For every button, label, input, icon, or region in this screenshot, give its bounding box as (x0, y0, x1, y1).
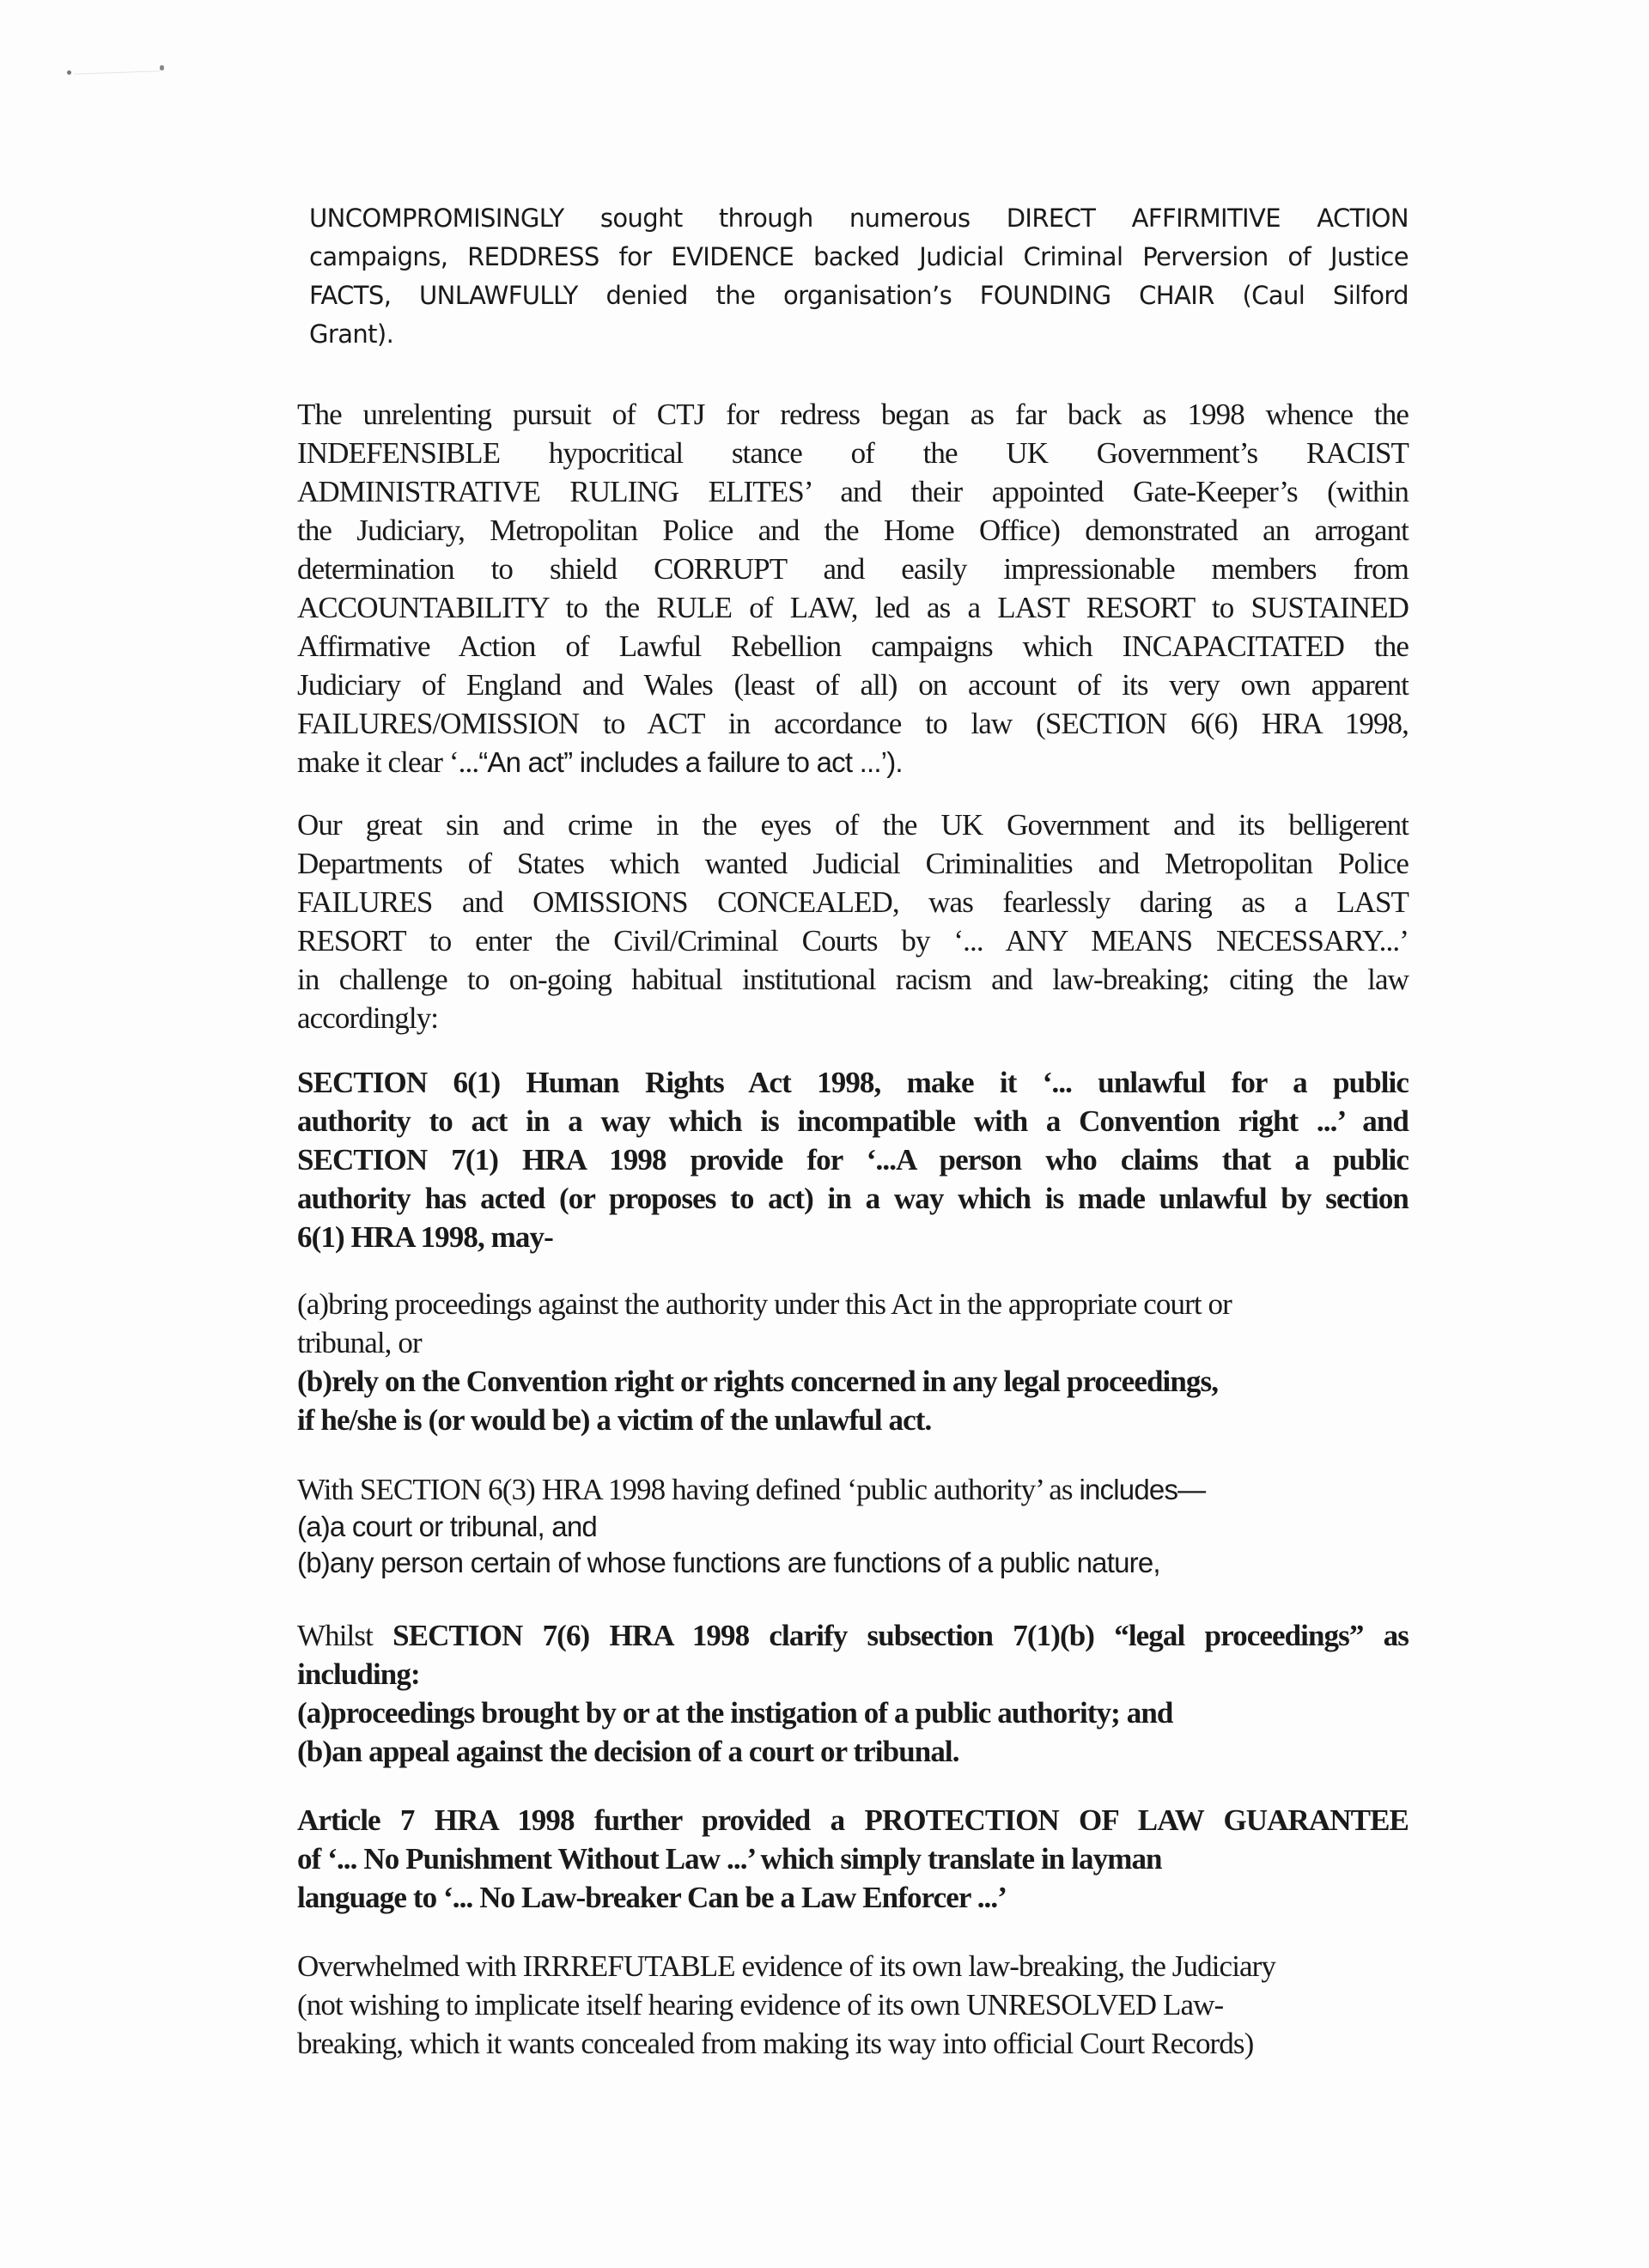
text-line: FACTS, UNLAWFULLY denied the organisatio… (309, 277, 1409, 315)
text-line: (a)bring proceedings against the authori… (297, 1285, 1388, 1323)
text-line: (a)a court or tribunal, and (297, 1509, 1409, 1545)
text-line: (not wishing to implicate itself hearing… (297, 1985, 1409, 2024)
text-line: in challenge to on-going habitual instit… (297, 960, 1409, 999)
text-line: Grant). (309, 315, 1409, 354)
paragraph-section-6-1: SECTION 6(1) Human Rights Act 1998, make… (297, 1063, 1409, 1256)
paragraph-overwhelmed: Overwhelmed with IRRREFUTABLE evidence o… (297, 1947, 1409, 2063)
text-line: (b)an appeal against the decision of a c… (297, 1732, 1409, 1771)
text-line: With SECTION 6(3) HRA 1998 having define… (297, 1470, 1409, 1509)
text-line: ADMINISTRATIVE RULING ELITES’ and their … (297, 472, 1409, 511)
text-line: 6(1) HRA 1998, may- (297, 1218, 1409, 1256)
text-line: Affirmative Action of Lawful Rebellion c… (297, 627, 1409, 666)
text-line: campaigns, REDDRESS for EVIDENCE backed … (309, 238, 1409, 277)
paragraph-sin: Our great sin and crime in the eyes of t… (297, 806, 1409, 1037)
text-fragment: includes— (1079, 1474, 1205, 1505)
text-fragment: SECTION 7(6) HRA 1998 clarify subsection… (392, 1619, 1409, 1652)
text-line: INDEFENSIBLE hypocritical stance of the … (297, 434, 1409, 472)
text-line: (b)rely on the Convention right or right… (297, 1362, 1388, 1401)
paragraph-article-7: Article 7 HRA 1998 further provided a PR… (297, 1801, 1409, 1917)
text-line: Judiciary of England and Wales (least of… (297, 666, 1409, 704)
text-line: Departments of States which wanted Judic… (297, 844, 1409, 883)
text-line: The unrelenting pursuit of CTJ for redre… (297, 395, 1409, 434)
text-line: (a)proceedings brought by or at the inst… (297, 1693, 1409, 1732)
scan-mark-icon (65, 65, 168, 77)
text-line: including: (297, 1655, 1409, 1693)
text-line: ACCOUNTABILITY to the RULE of LAW, led a… (297, 588, 1409, 627)
text-line: breaking, which it wants concealed from … (297, 2024, 1409, 2063)
quote-fragment: “An act” includes a failure to act ...’)… (478, 746, 903, 778)
text-line: Article 7 HRA 1998 further provided a PR… (297, 1801, 1409, 1839)
text-line: FAILURES and OMISSIONS CONCEALED, was fe… (297, 883, 1409, 921)
text-line: UNCOMPROMISINGLY sought through numerous… (309, 199, 1409, 238)
paragraph-section-6-3: With SECTION 6(3) HRA 1998 having define… (297, 1470, 1409, 1581)
text-line: make it clear ‘...“An act” includes a fa… (297, 743, 1409, 781)
paragraph-intro: UNCOMPROMISINGLY sought through numerous… (309, 199, 1409, 354)
text-line: Our great sin and crime in the eyes of t… (297, 806, 1409, 844)
text-line: if he/she is (or would be) a victim of t… (297, 1401, 1388, 1439)
text-line: Overwhelmed with IRRREFUTABLE evidence o… (297, 1947, 1409, 1985)
text-line: the Judiciary, Metropolitan Police and t… (297, 511, 1409, 550)
text-line: determination to shield CORRUPT and easi… (297, 550, 1409, 588)
text-fragment: With SECTION 6(3) HRA 1998 having define… (297, 1473, 1073, 1506)
text-line: of ‘... No Punishment Without Law ...’ w… (297, 1839, 1409, 1878)
text-line: Whilst SECTION 7(6) HRA 1998 clarify sub… (297, 1616, 1409, 1655)
text-fragment: Whilst (297, 1619, 373, 1652)
text-line: authority has acted (or proposes to act)… (297, 1179, 1409, 1218)
document-page: UNCOMPROMISINGLY sought through numerous… (0, 0, 1649, 2268)
text-line: RESORT to enter the Civil/Criminal Court… (297, 921, 1409, 960)
text-fragment: make it clear ‘... (297, 745, 478, 779)
text-line: accordingly: (297, 999, 1409, 1037)
text-line: SECTION 7(1) HRA 1998 provide for ‘...A … (297, 1140, 1409, 1179)
text-line: authority to act in a way which is incom… (297, 1102, 1409, 1140)
text-line: tribunal, or (297, 1323, 1388, 1362)
paragraph-pursuit: The unrelenting pursuit of CTJ for redre… (297, 395, 1409, 781)
paragraph-section-7-6: Whilst SECTION 7(6) HRA 1998 clarify sub… (297, 1616, 1409, 1771)
paragraph-subsections: (a)bring proceedings against the authori… (297, 1285, 1388, 1439)
text-line: language to ‘... No Law-breaker Can be a… (297, 1878, 1409, 1917)
text-line: (b)any person certain of whose functions… (297, 1545, 1409, 1581)
text-line: FAILURES/OMISSION to ACT in accordance t… (297, 704, 1409, 743)
text-line: SECTION 6(1) Human Rights Act 1998, make… (297, 1063, 1409, 1102)
